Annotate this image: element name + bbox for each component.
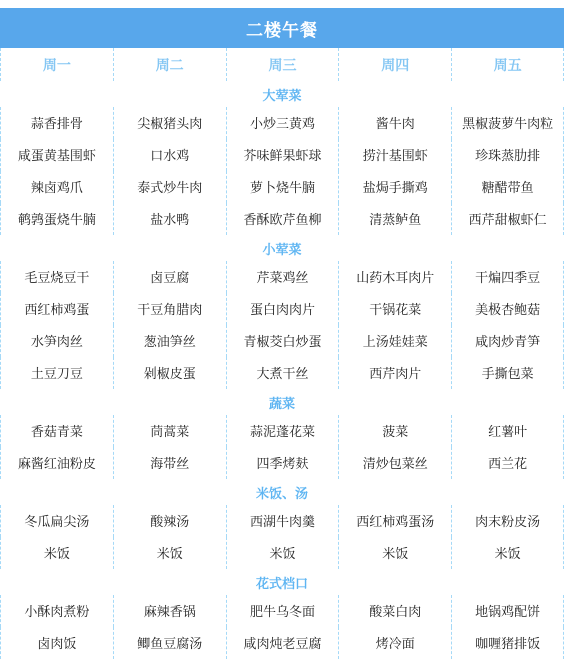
dish-cell: 米饭 [0, 537, 113, 569]
dish-cell: 米饭 [113, 537, 226, 569]
day-header-tuesday: 周二 [113, 48, 226, 81]
dish-cell: 土豆刀豆 [0, 357, 113, 389]
dish-cell: 小炒三黄鸡 [226, 107, 339, 139]
dish-cell: 珍珠蒸肋排 [451, 139, 564, 171]
menu-title: 二楼午餐 [0, 8, 564, 48]
dish-cell: 海带丝 [113, 447, 226, 479]
table-row: 米饭 米饭 米饭 米饭 米饭 [0, 537, 564, 569]
day-header-thursday: 周四 [338, 48, 451, 81]
dish-cell: 蛋白肉肉片 [226, 293, 339, 325]
dish-cell: 米饭 [226, 537, 339, 569]
section-title-vegetables: 蔬菜 [0, 389, 564, 415]
day-header-monday: 周一 [0, 48, 113, 81]
dish-cell: 米饭 [451, 537, 564, 569]
dish-cell: 水笋肉丝 [0, 325, 113, 357]
table-row: 蒜香排骨 尖椒猪头肉 小炒三黄鸡 酱牛肉 黑椒菠萝牛肉粒 [0, 107, 564, 139]
dish-cell: 干豆角腊肉 [113, 293, 226, 325]
dish-cell: 山药木耳肉片 [338, 261, 451, 293]
day-header-row: 周一 周二 周三 周四 周五 [0, 48, 564, 81]
dish-cell: 麻辣香锅 [113, 595, 226, 627]
dish-cell: 西芹甜椒虾仁 [451, 203, 564, 235]
day-header-friday: 周五 [451, 48, 564, 81]
dish-cell: 辣卤鸡爪 [0, 171, 113, 203]
dish-cell: 四季烤麸 [226, 447, 339, 479]
dish-cell: 西红柿鸡蛋 [0, 293, 113, 325]
table-row: 卤肉饭 鲫鱼豆腐汤 咸肉炖老豆腐 烤冷面 咖喱猪排饭 [0, 627, 564, 659]
dish-cell: 大煮干丝 [226, 357, 339, 389]
dish-cell: 蒜泥蓬花菜 [226, 415, 339, 447]
dish-cell: 菠菜 [338, 415, 451, 447]
section-title-small-meat: 小荤菜 [0, 235, 564, 261]
dish-cell: 酸辣汤 [113, 505, 226, 537]
lunch-menu-table: 二楼午餐 周一 周二 周三 周四 周五 大荤菜 蒜香排骨 尖椒猪头肉 小炒三黄鸡… [0, 8, 564, 659]
dish-cell: 茼蒿菜 [113, 415, 226, 447]
dish-cell: 烤冷面 [338, 627, 451, 659]
dish-cell: 西湖牛肉羹 [226, 505, 339, 537]
table-row: 香菇青菜 茼蒿菜 蒜泥蓬花菜 菠菜 红薯叶 [0, 415, 564, 447]
day-header-wednesday: 周三 [226, 48, 339, 81]
dish-cell: 萝卜烧牛腩 [226, 171, 339, 203]
dish-cell: 酱牛肉 [338, 107, 451, 139]
section-title-specialty-stall: 花式档口 [0, 569, 564, 595]
dish-cell: 清蒸鲈鱼 [338, 203, 451, 235]
dish-cell: 肥牛乌冬面 [226, 595, 339, 627]
dish-cell: 西芹肉片 [338, 357, 451, 389]
table-row: 小酥肉煮粉 麻辣香锅 肥牛乌冬面 酸菜白肉 地锅鸡配饼 [0, 595, 564, 627]
dish-cell: 干煸四季豆 [451, 261, 564, 293]
dish-cell: 盐焗手撕鸡 [338, 171, 451, 203]
dish-cell: 咸肉炖老豆腐 [226, 627, 339, 659]
dish-cell: 香酥欧芹鱼柳 [226, 203, 339, 235]
dish-cell: 清炒包菜丝 [338, 447, 451, 479]
table-row: 咸蛋黄基围虾 口水鸡 芥味鲜果虾球 捞汁基围虾 珍珠蒸肋排 [0, 139, 564, 171]
dish-cell: 酸菜白肉 [338, 595, 451, 627]
dish-cell: 盐水鸭 [113, 203, 226, 235]
dish-cell: 小酥肉煮粉 [0, 595, 113, 627]
dish-cell: 红薯叶 [451, 415, 564, 447]
table-row: 水笋肉丝 葱油笋丝 青椒茭白炒蛋 上汤娃娃菜 咸肉炒青笋 [0, 325, 564, 357]
table-row: 土豆刀豆 剁椒皮蛋 大煮干丝 西芹肉片 手撕包菜 [0, 357, 564, 389]
dish-cell: 手撕包菜 [451, 357, 564, 389]
dish-cell: 卤肉饭 [0, 627, 113, 659]
table-row: 冬瓜扁尖汤 酸辣汤 西湖牛肉羹 西红柿鸡蛋汤 肉末粉皮汤 [0, 505, 564, 537]
dish-cell: 口水鸡 [113, 139, 226, 171]
table-row: 西红柿鸡蛋 干豆角腊肉 蛋白肉肉片 干锅花菜 美极杏鲍菇 [0, 293, 564, 325]
dish-cell: 泰式炒牛肉 [113, 171, 226, 203]
dish-cell: 青椒茭白炒蛋 [226, 325, 339, 357]
dish-cell: 麻酱红油粉皮 [0, 447, 113, 479]
dish-cell: 上汤娃娃菜 [338, 325, 451, 357]
table-row: 辣卤鸡爪 泰式炒牛肉 萝卜烧牛腩 盐焗手撕鸡 糖醋带鱼 [0, 171, 564, 203]
dish-cell: 葱油笋丝 [113, 325, 226, 357]
dish-cell: 肉末粉皮汤 [451, 505, 564, 537]
dish-cell: 芹菜鸡丝 [226, 261, 339, 293]
dish-cell: 西兰花 [451, 447, 564, 479]
dish-cell: 咖喱猪排饭 [451, 627, 564, 659]
dish-cell: 芥味鲜果虾球 [226, 139, 339, 171]
section-title-rice-soup: 米饭、汤 [0, 479, 564, 505]
dish-cell: 毛豆烧豆干 [0, 261, 113, 293]
dish-cell: 糖醋带鱼 [451, 171, 564, 203]
dish-cell: 鲫鱼豆腐汤 [113, 627, 226, 659]
table-row: 毛豆烧豆干 卤豆腐 芹菜鸡丝 山药木耳肉片 干煸四季豆 [0, 261, 564, 293]
dish-cell: 干锅花菜 [338, 293, 451, 325]
dish-cell: 咸蛋黄基围虾 [0, 139, 113, 171]
dish-cell: 捞汁基围虾 [338, 139, 451, 171]
dish-cell: 冬瓜扁尖汤 [0, 505, 113, 537]
table-row: 麻酱红油粉皮 海带丝 四季烤麸 清炒包菜丝 西兰花 [0, 447, 564, 479]
dish-cell: 尖椒猪头肉 [113, 107, 226, 139]
dish-cell: 剁椒皮蛋 [113, 357, 226, 389]
dish-cell: 卤豆腐 [113, 261, 226, 293]
dish-cell: 西红柿鸡蛋汤 [338, 505, 451, 537]
dish-cell: 美极杏鲍菇 [451, 293, 564, 325]
dish-cell: 蒜香排骨 [0, 107, 113, 139]
table-row: 鹌鹑蛋烧牛腩 盐水鸭 香酥欧芹鱼柳 清蒸鲈鱼 西芹甜椒虾仁 [0, 203, 564, 235]
dish-cell: 鹌鹑蛋烧牛腩 [0, 203, 113, 235]
dish-cell: 地锅鸡配饼 [451, 595, 564, 627]
dish-cell: 米饭 [338, 537, 451, 569]
dish-cell: 黑椒菠萝牛肉粒 [451, 107, 564, 139]
dish-cell: 香菇青菜 [0, 415, 113, 447]
section-title-main-meat: 大荤菜 [0, 81, 564, 107]
menu-title-text: 二楼午餐 [246, 16, 318, 41]
dish-cell: 咸肉炒青笋 [451, 325, 564, 357]
